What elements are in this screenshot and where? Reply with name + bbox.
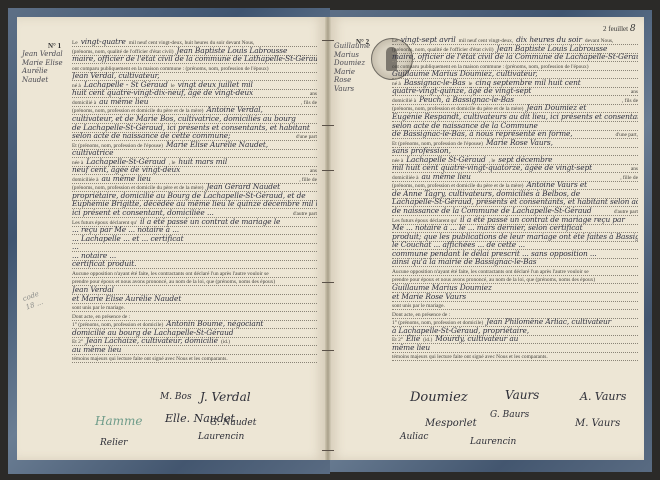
binding-stitch: [322, 282, 334, 283]
binding-stitch: [322, 450, 334, 451]
printed-form-text: témoins majeurs qui lecture faite ont si…: [392, 354, 548, 360]
margin-name: Aurélie: [22, 67, 63, 76]
signature: G. Baurs: [490, 410, 529, 420]
binding-stitch: [322, 125, 334, 126]
margin-name: Jean Verdal: [22, 50, 63, 59]
act-number: N° 1: [48, 42, 61, 50]
margin-name: Naudet: [22, 76, 63, 85]
margin-name: Marie: [334, 68, 370, 77]
signature: Laurencin: [198, 432, 244, 442]
margin-name: Guillaume: [334, 42, 370, 51]
margin-name: Rose: [334, 76, 370, 85]
binding-stitch: [322, 40, 334, 41]
signature: J. Verdal: [200, 390, 251, 404]
margin-name: Doumiez: [334, 59, 370, 68]
signature: A. Vaurs: [580, 390, 626, 403]
binding-stitch: [322, 350, 334, 351]
printed-form-text: témoins majeurs qui lecture faite ont si…: [72, 356, 228, 362]
signature: Vaurs: [505, 388, 539, 402]
signature: G. Naudet: [210, 418, 256, 428]
margin-name: Marie Elise: [22, 59, 63, 68]
folio-label: 2 feuillet 8: [603, 24, 636, 34]
folio-number: 8: [630, 24, 636, 34]
binding-stitch: [322, 170, 334, 171]
margin-name: Vaurs: [334, 85, 370, 94]
signature: Hamme: [95, 414, 142, 428]
register-line: témoins majeurs qui lecture faite ont si…: [392, 350, 638, 361]
signature: Relier: [100, 438, 128, 448]
signature: M. Vaurs: [575, 418, 620, 429]
folio-text: 2 feuillet: [603, 25, 628, 33]
signature: Mesporlet: [425, 418, 477, 429]
book-gutter: [325, 17, 331, 460]
left-margin-names: Jean Verdal Marie Elise Aurélie Naudet: [22, 50, 63, 84]
right-margin-names: Guillaume Marius Doumiez Marie Rose Vaur…: [334, 42, 370, 93]
signature: Auliac: [400, 432, 428, 442]
signature: M. Bos: [160, 392, 192, 402]
margin-name: Marius: [334, 51, 370, 60]
signature: Doumiez: [410, 390, 468, 405]
signature: Laurencin: [470, 437, 516, 447]
register-line: témoins majeurs qui lecture faite ont si…: [72, 352, 317, 363]
